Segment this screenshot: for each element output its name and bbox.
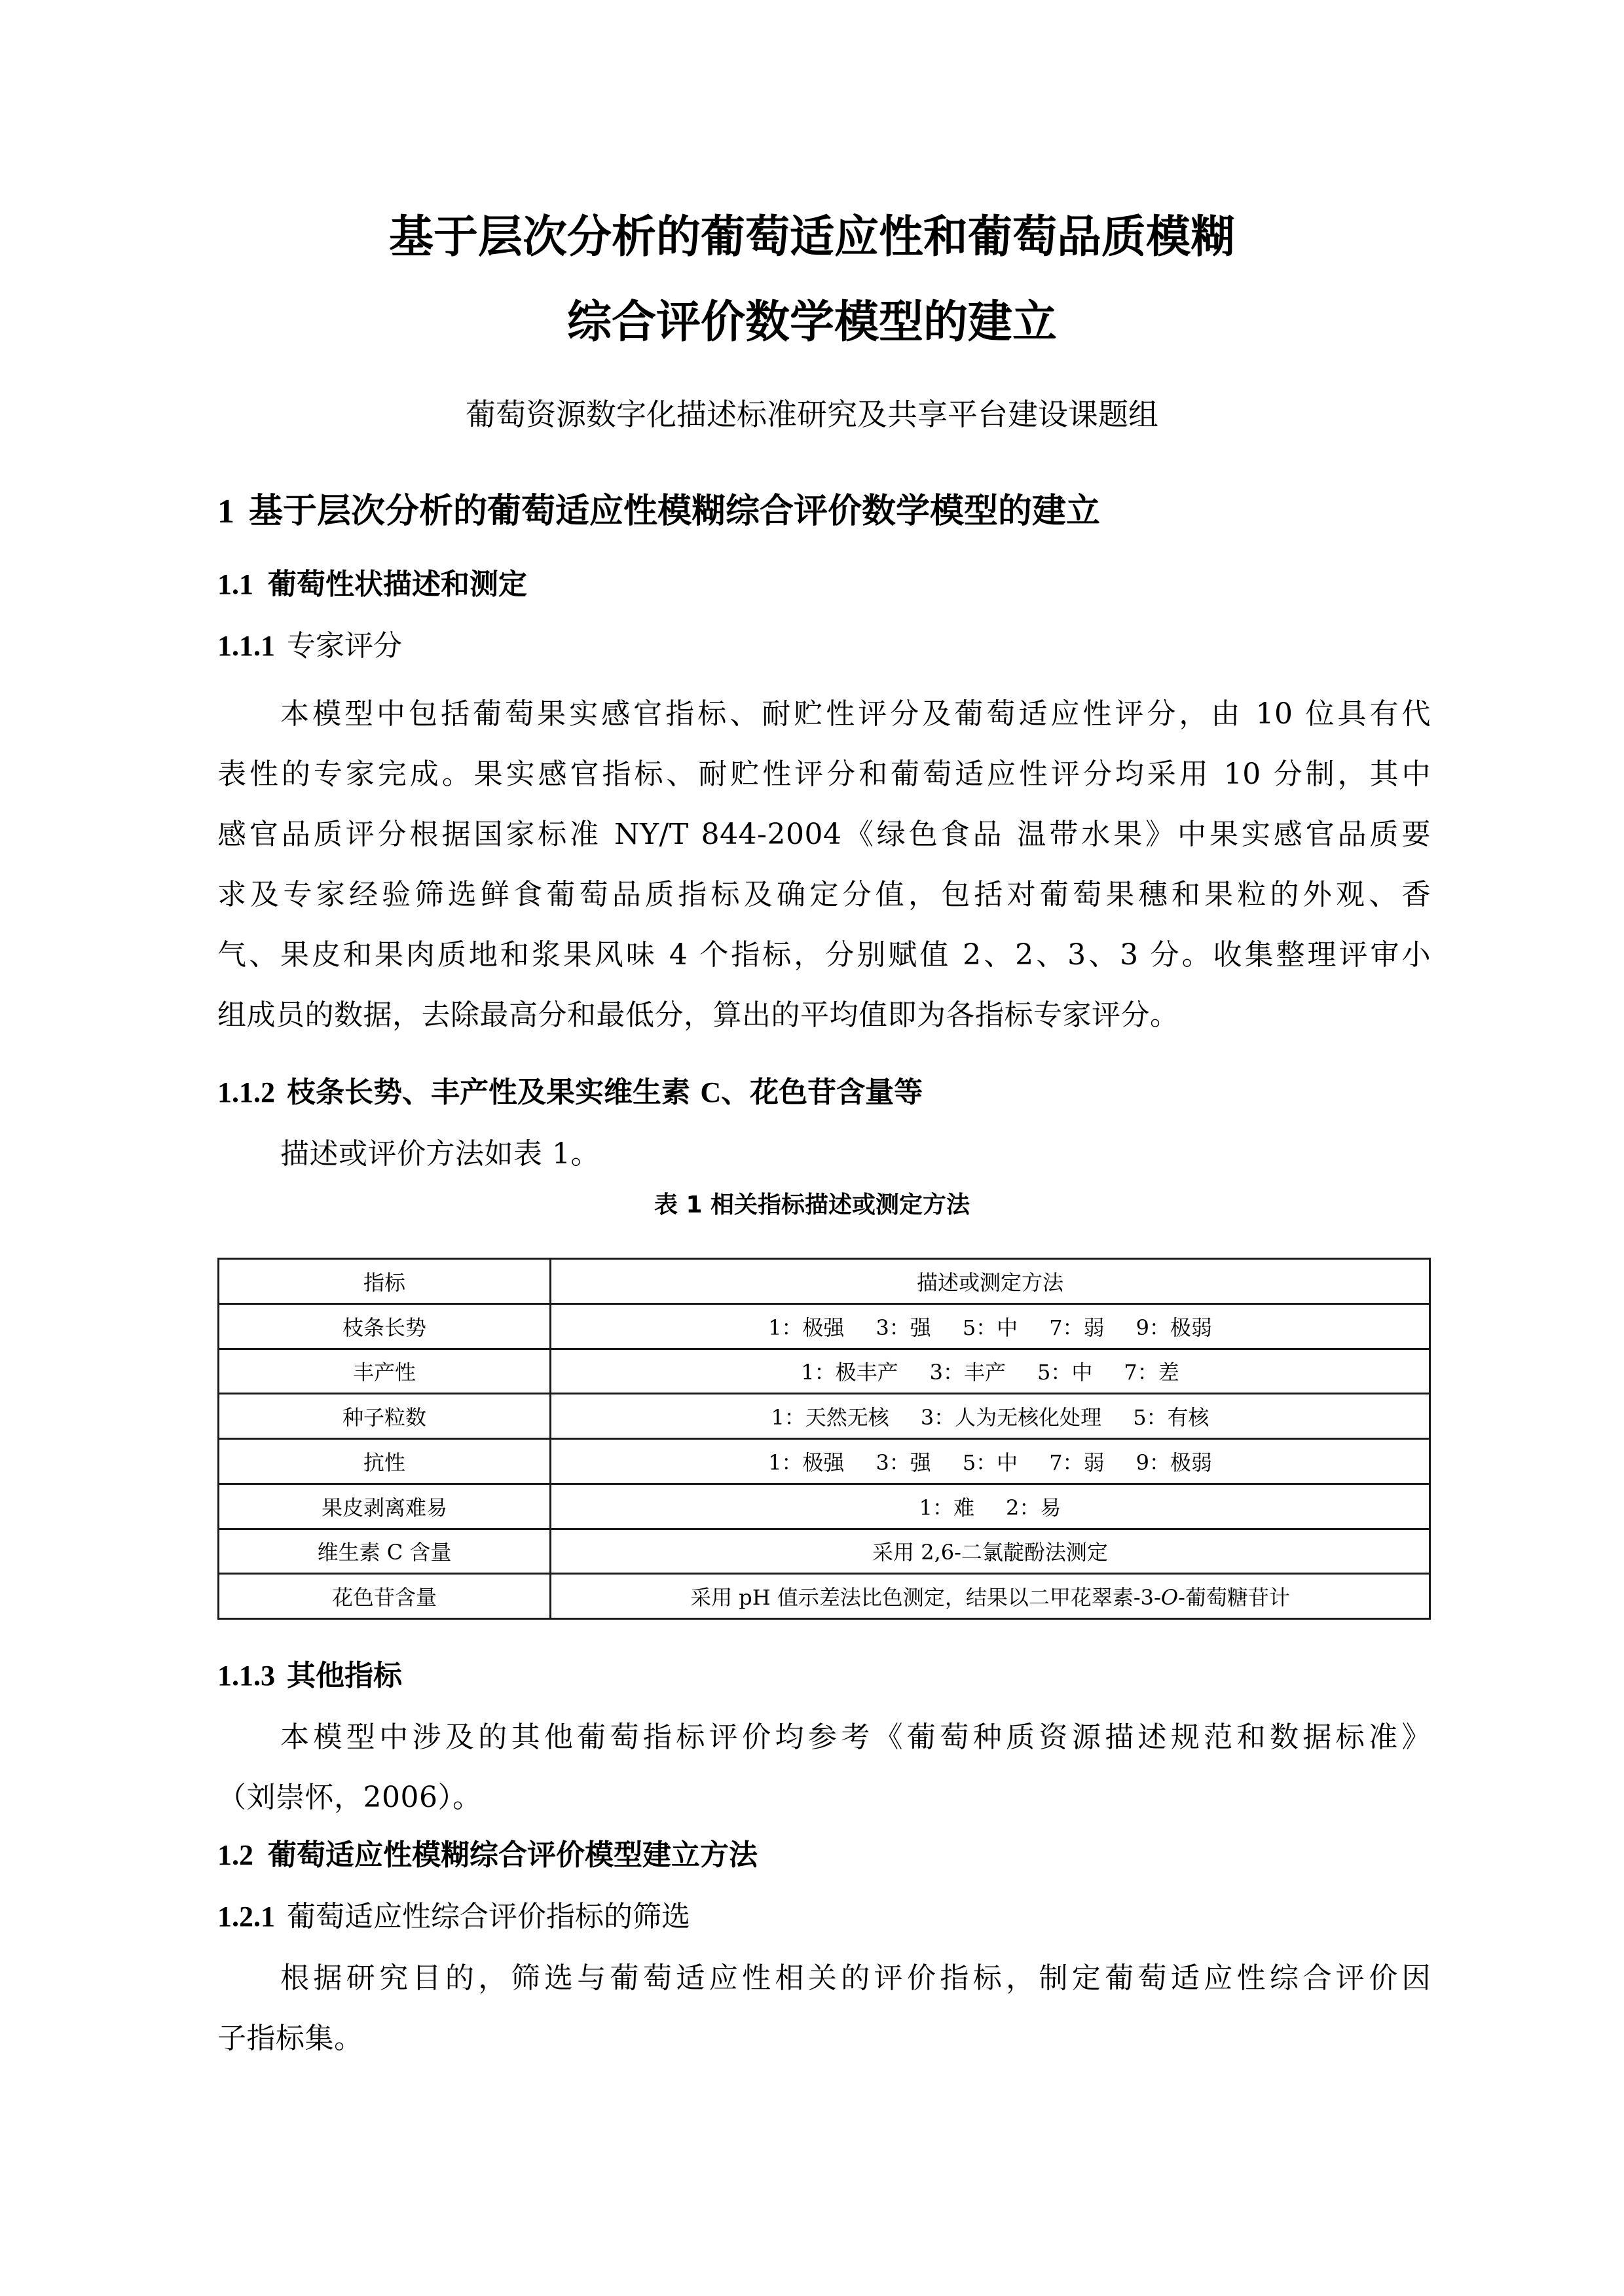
- paragraph-line: 根据研究目的，筛选与葡萄适应性相关的评价指标，制定葡萄适应性综合评价因: [217, 1948, 1431, 2009]
- paragraph-line: 气、果皮和果肉质地和浆果风味 4 个指标，分别赋值 2、2、3、3 分。收集整理…: [217, 925, 1431, 985]
- table-caption: 表 1 相关指标描述或测定方法: [0, 1187, 1624, 1224]
- method-option: 7：弱: [1049, 1311, 1104, 1341]
- section-title: 基于层次分析的葡萄适应性模糊综合评价数学模型的建立: [249, 492, 1100, 531]
- method-option: 1：极强: [768, 1311, 844, 1341]
- section-title: 葡萄适应性模糊综合评价模型建立方法: [268, 1838, 758, 1872]
- method-cell: 1：极强3：强5：中7：弱9：极弱: [551, 1303, 1430, 1349]
- method-option: 9：极弱: [1136, 1311, 1212, 1341]
- table-row: 花色苷含量 采用 pH 值示差法比色测定，结果以二甲花翠素-3-O-葡萄糖苷计: [219, 1574, 1430, 1619]
- section-title: 其他指标: [287, 1659, 402, 1692]
- method-option: 7：差: [1124, 1356, 1179, 1386]
- paragraph-other-indicators: 本模型中涉及的其他葡萄指标评价均参考《葡萄种质资源描述规范和数据标准》 （刘崇怀…: [217, 1707, 1431, 1828]
- paragraph-line: 表性的专家完成。果实感官指标、耐贮性评分和葡萄适应性评分均采用 10 分制，其中: [217, 744, 1431, 805]
- table-row: 种子粒数 1：天然无核3：人为无核化处理5：有核: [219, 1394, 1430, 1439]
- section-title: 葡萄适应性综合评价指标的筛选: [287, 1900, 690, 1933]
- section-title: 专家评分: [287, 629, 402, 663]
- section-number: 1.2.1: [217, 1901, 275, 1933]
- method-cell: 1：极丰产3：丰产5：中7：差: [551, 1349, 1430, 1394]
- method-cell: 1：难2：易: [551, 1484, 1430, 1529]
- paragraph-line: 本模型中包括葡萄果实感官指标、耐贮性评分及葡萄适应性评分，由 10 位具有代: [217, 684, 1431, 744]
- method-cell: 1：天然无核3：人为无核化处理5：有核: [551, 1394, 1430, 1439]
- indicator-cell: 维生素 C 含量: [219, 1529, 551, 1574]
- paragraph-expert-scoring: 本模型中包括葡萄果实感官指标、耐贮性评分及葡萄适应性评分，由 10 位具有代 表…: [217, 684, 1431, 1046]
- method-option: 1：天然无核: [771, 1401, 889, 1431]
- method-option: 3：强: [876, 1311, 931, 1341]
- section-title-part: 、花色苷含量等: [721, 1076, 923, 1109]
- method-option: 9：极弱: [1136, 1446, 1212, 1476]
- method-option: 1：极强: [768, 1446, 844, 1476]
- indicator-method-table: 指标 描述或测定方法 枝条长势 1：极强3：强5：中7：弱9：极弱 丰产性 1：…: [217, 1258, 1431, 1620]
- method-option: 1：极丰产: [801, 1356, 898, 1386]
- table-row: 丰产性 1：极丰产3：丰产5：中7：差: [219, 1349, 1430, 1394]
- paragraph-line: 感官品质评分根据国家标准 NY/T 844-2004《绿色食品 温带水果》中果实…: [217, 805, 1431, 865]
- section-title: 葡萄性状描述和测定: [268, 568, 527, 601]
- section-heading-1-2: 1.2葡萄适应性模糊综合评价模型建立方法: [217, 1832, 758, 1878]
- paragraph-line: 求及专家经验筛选鲜食葡萄品质指标及确定分值，包括对葡萄果穗和果粒的外观、香: [217, 865, 1431, 925]
- document-title-line-2: 综合评价数学模型的建立: [0, 290, 1624, 355]
- method-option: 5：中: [1037, 1356, 1092, 1386]
- method-option: 2：易: [1006, 1491, 1061, 1522]
- indicator-cell: 种子粒数: [219, 1394, 551, 1439]
- method-option: 5：中: [963, 1311, 1018, 1341]
- method-option: 3：人为无核化处理: [921, 1401, 1101, 1431]
- method-text-italic: O: [1161, 1585, 1178, 1610]
- section-title-latin: C: [700, 1076, 721, 1108]
- indicator-cell: 果皮剥离难易: [219, 1484, 551, 1529]
- section-number: 1.2: [217, 1839, 253, 1871]
- method-option: 3：强: [876, 1446, 931, 1476]
- document-title-line-1: 基于层次分析的葡萄适应性和葡萄品质模糊: [0, 205, 1624, 270]
- table-header-row: 指标 描述或测定方法: [219, 1259, 1430, 1304]
- method-option: 5：中: [963, 1446, 1018, 1476]
- indicator-cell: 枝条长势: [219, 1303, 551, 1349]
- section-heading-1: 1基于层次分析的葡萄适应性模糊综合评价数学模型的建立: [217, 485, 1100, 538]
- method-cell: 采用 2,6-二氯靛酚法测定: [551, 1529, 1430, 1574]
- method-cell: 1：极强3：强5：中7：弱9：极弱: [551, 1439, 1430, 1484]
- indicator-cell: 抗性: [219, 1439, 551, 1484]
- paragraph-indicator-screening: 根据研究目的，筛选与葡萄适应性相关的评价指标，制定葡萄适应性综合评价因 子指标集…: [217, 1948, 1431, 2069]
- table-header-cell: 指标: [219, 1259, 551, 1304]
- paragraph-line: 本模型中涉及的其他葡萄指标评价均参考《葡萄种质资源描述规范和数据标准》: [217, 1707, 1431, 1768]
- table-row: 枝条长势 1：极强3：强5：中7：弱9：极弱: [219, 1303, 1430, 1349]
- table-row: 抗性 1：极强3：强5：中7：弱9：极弱: [219, 1439, 1430, 1484]
- method-text: -葡萄糖苷计: [1178, 1585, 1290, 1610]
- section-heading-1-1-2: 1.1.2枝条长势、丰产性及果实维生素 C、花色苷含量等: [217, 1070, 923, 1116]
- section-heading-1-2-1: 1.2.1葡萄适应性综合评价指标的筛选: [217, 1894, 690, 1940]
- author-group: 葡萄资源数字化描述标准研究及共享平台建设课题组: [0, 392, 1624, 437]
- section-heading-1-1: 1.1葡萄性状描述和测定: [217, 562, 527, 608]
- paragraph-line: 子指标集。: [217, 2009, 1431, 2069]
- indicator-cell: 花色苷含量: [219, 1574, 551, 1619]
- section-heading-1-1-1: 1.1.1专家评分: [217, 623, 402, 669]
- section-number: 1.1.2: [217, 1076, 275, 1108]
- paragraph-line: （刘崇怀，2006）。: [217, 1768, 1431, 1828]
- table-header-cell: 描述或测定方法: [551, 1259, 1430, 1304]
- method-option: 1：难: [919, 1491, 974, 1522]
- section-number: 1.1: [217, 568, 253, 600]
- method-text: 采用 pH 值示差法比色测定，结果以二甲花翠素-3-: [690, 1585, 1161, 1610]
- indicator-cell: 丰产性: [219, 1349, 551, 1394]
- paragraph-table-reference: 描述或评价方法如表 1。: [217, 1124, 1431, 1184]
- section-number: 1.1.3: [217, 1660, 275, 1692]
- section-number: 1: [217, 493, 234, 530]
- method-cell: 采用 pH 值示差法比色测定，结果以二甲花翠素-3-O-葡萄糖苷计: [551, 1574, 1430, 1619]
- section-title-part: 枝条长势、丰产性及果实维生素: [287, 1076, 700, 1109]
- method-option: 7：弱: [1049, 1446, 1104, 1476]
- table-row: 果皮剥离难易 1：难2：易: [219, 1484, 1430, 1529]
- method-option: 5：有核: [1133, 1401, 1209, 1431]
- table-row: 维生素 C 含量 采用 2,6-二氯靛酚法测定: [219, 1529, 1430, 1574]
- paragraph-line: 组成员的数据，去除最高分和最低分，算出的平均值即为各指标专家评分。: [217, 985, 1431, 1046]
- paragraph-line: 描述或评价方法如表 1。: [217, 1124, 1431, 1184]
- section-number: 1.1.1: [217, 630, 275, 662]
- method-option: 3：丰产: [930, 1356, 1006, 1386]
- section-heading-1-1-3: 1.1.3其他指标: [217, 1653, 402, 1699]
